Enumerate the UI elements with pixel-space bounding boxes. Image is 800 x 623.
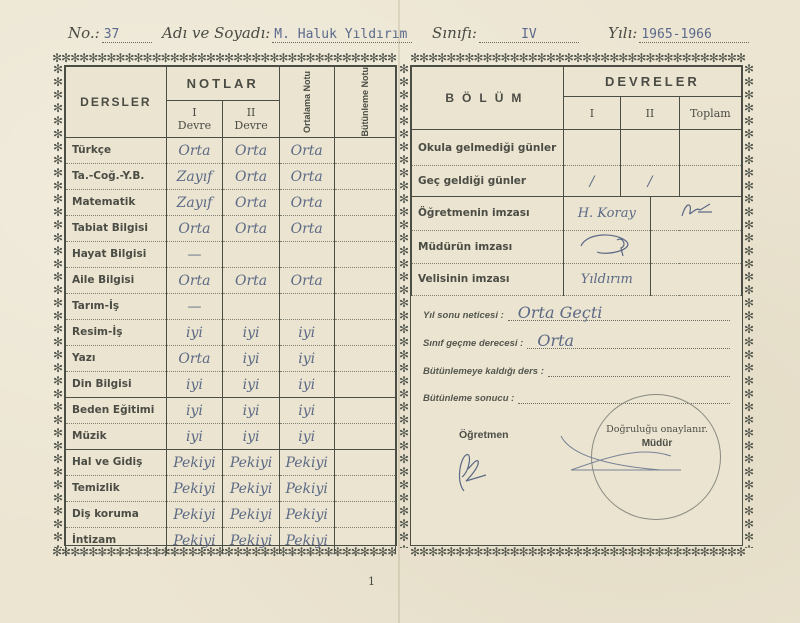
term2-grade: iyi xyxy=(223,371,280,397)
year-result-field: Yıl sonu neticesi : Orta Geçti xyxy=(423,309,730,321)
subject-name: Hayat Bilgisi xyxy=(66,241,167,267)
subject-name: Tabiat Bilgisi xyxy=(66,215,167,241)
col-header-subjects: DERSLER xyxy=(66,67,167,138)
subject-name: Hal ve Gidiş xyxy=(66,449,167,475)
principal-sign-t1 xyxy=(563,230,650,263)
term1-grade: Pekiyi xyxy=(166,449,223,475)
late-t1: / xyxy=(563,166,620,196)
term2-grade: iyi xyxy=(223,319,280,345)
grade-row: Tabiat BilgisiOrtaOrtaOrta xyxy=(66,215,396,241)
makeup-grade xyxy=(334,293,396,319)
makeup-grade xyxy=(334,345,396,371)
attendance-row-late: Geç geldiği günler / / xyxy=(412,166,742,196)
average-grade: iyi xyxy=(279,319,334,345)
grade-row: Hal ve GidişPekiyiPekiyiPekiyi xyxy=(66,449,396,475)
year-result-label: Yıl sonu neticesi : xyxy=(423,310,504,321)
col-header-term2: IIDevre xyxy=(223,100,280,137)
makeup-subject-label: Bütünlemeye kaldığı ders : xyxy=(423,366,544,377)
subject-name: Beden Eğitimi xyxy=(66,397,167,423)
grade-row: Resim-İşiyiiyiiyi xyxy=(66,319,396,345)
no-value: 37 xyxy=(102,27,152,43)
average-grade: Orta xyxy=(279,163,334,189)
term1-num: I xyxy=(167,106,223,119)
makeup-grade xyxy=(334,475,396,501)
grade-row: Tarım-İş— xyxy=(66,293,396,319)
teacher-sign-label: Öğretmenin imzası xyxy=(412,196,564,230)
teacher-signature-icon xyxy=(446,451,491,496)
subject-name: Din Bilgisi xyxy=(66,371,167,397)
grade-row: Diş korumaPekiyiPekiyiPekiyi xyxy=(66,501,396,527)
term1-grade: — xyxy=(166,241,223,267)
grade-row: Din Bilgisiiyiiyiiyi xyxy=(66,371,396,397)
makeup-grade xyxy=(334,397,396,423)
subject-name: İntizam xyxy=(66,527,167,553)
term1-grade: — xyxy=(166,293,223,319)
term1-grade: iyi xyxy=(166,319,223,345)
grade-row: YazıOrtaiyiiyi xyxy=(66,345,396,371)
principal-sign-t2 xyxy=(650,230,741,263)
average-header-text: Ortalama Notu xyxy=(302,71,312,133)
makeup-grade xyxy=(334,189,396,215)
name-field: Adı ve Soyadı:M. Haluk Yıldırım xyxy=(162,24,412,43)
col-header-terms: DEVRELER xyxy=(563,67,741,97)
makeup-header-text: Bütünleme Notu xyxy=(360,67,370,137)
makeup-grade xyxy=(334,527,396,553)
subject-name: Resim-İş xyxy=(66,319,167,345)
parent-sign-t2 xyxy=(650,263,741,295)
term1-grade: Orta xyxy=(166,215,223,241)
border-top-left: ✻✻✻✻✻✻✻✻✻✻✻✻✻✻✻✻✻✻✻✻✻✻✻✻✻✻✻✻✻✻✻✻✻✻✻✻✻✻ xyxy=(52,52,412,64)
subject-name: Tarım-İş xyxy=(66,293,167,319)
col-header-att-term1: I xyxy=(563,97,620,130)
term1-grade: Zayıf xyxy=(166,189,223,215)
average-grade: Pekiyi xyxy=(279,501,334,527)
makeup-result-label: Bütünleme sonucu : xyxy=(423,393,514,404)
average-grade: Pekiyi xyxy=(279,527,334,553)
pass-degree-label: Sınıf geçme derecesi : xyxy=(423,338,523,349)
parent-sign-label: Velisinin imzası xyxy=(412,263,564,295)
subject-name: Müzik xyxy=(66,423,167,449)
term1-grade: Orta xyxy=(166,267,223,293)
absent-t2 xyxy=(621,130,680,166)
col-header-average: Ortalama Notu xyxy=(279,67,334,138)
attendance-panel: BÖLÜM DEVRELER I II Toplam Okula gelmedi… xyxy=(410,65,743,546)
signature-row-teacher: Öğretmenin imzası H. Koray xyxy=(412,196,742,230)
grade-row: Aile BilgisiOrtaOrtaOrta xyxy=(66,267,396,293)
makeup-grade xyxy=(334,267,396,293)
term2-grade: iyi xyxy=(223,397,280,423)
no-label: No.: xyxy=(68,24,100,42)
term1-grade: Pekiyi xyxy=(166,501,223,527)
term2-grade xyxy=(223,293,280,319)
grade-row: MatematikZayıfOrtaOrta xyxy=(66,189,396,215)
signature-icon xyxy=(577,232,637,258)
average-grade: Orta xyxy=(279,189,334,215)
makeup-grade xyxy=(334,371,396,397)
subject-name: Matematik xyxy=(66,189,167,215)
term2-num: II xyxy=(223,106,279,119)
term2-grade: Orta xyxy=(223,267,280,293)
average-grade: iyi xyxy=(279,345,334,371)
signature-icon xyxy=(676,200,716,222)
late-label: Geç geldiği günler xyxy=(412,166,564,196)
term2-grade: Pekiyi xyxy=(223,527,280,553)
absent-t1 xyxy=(563,130,620,166)
border-left: ✻✻✻✻✻✻✻✻✻✻✻✻✻✻✻✻✻✻✻✻✻✻✻✻✻✻✻✻✻✻✻✻✻✻✻✻✻✻✻✻… xyxy=(52,62,64,548)
average-grade: Orta xyxy=(279,137,334,163)
teacher-label: Öğretmen xyxy=(459,429,509,441)
average-grade xyxy=(279,293,334,319)
term2-grade: Orta xyxy=(223,189,280,215)
class-value: IV xyxy=(479,27,579,43)
pass-degree-value: Orta xyxy=(537,331,574,350)
grade-row: Beden Eğitimiiyiiyiiyi xyxy=(66,397,396,423)
term1-grade: Orta xyxy=(166,137,223,163)
page-number: 1 xyxy=(368,575,375,588)
name-value: M. Haluk Yıldırım xyxy=(272,27,412,43)
absent-total xyxy=(679,130,741,166)
makeup-grade xyxy=(334,241,396,267)
makeup-grade xyxy=(334,215,396,241)
average-grade: Orta xyxy=(279,267,334,293)
makeup-subject-field: Bütünlemeye kaldığı ders : xyxy=(423,365,730,377)
grade-row: Ta.-Coğ.-Y.B.ZayıfOrtaOrta xyxy=(66,163,396,189)
border-top-right: ✻✻✻✻✻✻✻✻✻✻✻✻✻✻✻✻✻✻✻✻✻✻✻✻✻✻✻✻✻✻✻✻✻✻✻✻✻ xyxy=(410,52,755,64)
average-grade: Pekiyi xyxy=(279,475,334,501)
makeup-grade xyxy=(334,137,396,163)
name-label: Adı ve Soyadı: xyxy=(162,24,270,42)
term1-grade: iyi xyxy=(166,423,223,449)
grades-panel: DERSLER NOTLAR Ortalama Notu Bütünleme N… xyxy=(64,65,397,546)
col-header-total: Toplam xyxy=(679,97,741,130)
makeup-grade xyxy=(334,501,396,527)
grade-row: İntizamPekiyiPekiyiPekiyi xyxy=(66,527,396,553)
term2-grade: Pekiyi xyxy=(223,501,280,527)
makeup-grade xyxy=(334,423,396,449)
makeup-grade xyxy=(334,163,396,189)
subject-name: Diş koruma xyxy=(66,501,167,527)
attendance-table: BÖLÜM DEVRELER I II Toplam Okula gelmedi… xyxy=(411,66,742,296)
term2-grade: Orta xyxy=(223,137,280,163)
term2-grade: iyi xyxy=(223,345,280,371)
col-header-att-term2: II xyxy=(621,97,680,130)
term1-grade: iyi xyxy=(166,397,223,423)
makeup-grade xyxy=(334,319,396,345)
term1-grade: Pekiyi xyxy=(166,475,223,501)
principal-signature-icon xyxy=(551,426,701,481)
class-label: Sınıfı: xyxy=(432,24,477,42)
year-value: 1965-1966 xyxy=(639,27,749,43)
term1-grade: Orta xyxy=(166,345,223,371)
term1-label: Devre xyxy=(167,119,223,132)
makeup-grade xyxy=(334,449,396,475)
no-field: No.:37 xyxy=(68,24,152,43)
term1-grade: Zayıf xyxy=(166,163,223,189)
signature-row-principal: Müdürün imzası xyxy=(412,230,742,263)
border-center: ✻✻✻✻✻✻✻✻✻✻✻✻✻✻✻✻✻✻✻✻✻✻✻✻✻✻✻✻✻✻✻✻✻✻✻✻✻✻✻✻… xyxy=(398,62,410,548)
absent-label: Okula gelmediği günler xyxy=(412,130,564,166)
term1-grade: Pekiyi xyxy=(166,527,223,553)
attendance-row-absent: Okula gelmediği günler xyxy=(412,130,742,166)
late-t2: / xyxy=(621,166,680,196)
subject-name: Temizlik xyxy=(66,475,167,501)
subject-name: Aile Bilgisi xyxy=(66,267,167,293)
term2-grade: Pekiyi xyxy=(223,475,280,501)
subject-name: Yazı xyxy=(66,345,167,371)
pass-degree-field: Sınıf geçme derecesi : Orta xyxy=(423,337,730,349)
average-grade: Pekiyi xyxy=(279,449,334,475)
principal-sign-label: Müdürün imzası xyxy=(412,230,564,263)
average-grade xyxy=(279,241,334,267)
term2-grade: iyi xyxy=(223,423,280,449)
term2-label: Devre xyxy=(223,119,279,132)
term2-grade: Orta xyxy=(223,163,280,189)
term2-grade xyxy=(223,241,280,267)
border-right: ✻✻✻✻✻✻✻✻✻✻✻✻✻✻✻✻✻✻✻✻✻✻✻✻✻✻✻✻✻✻✻✻✻✻✻✻✻✻✻✻… xyxy=(743,62,755,548)
average-grade: iyi xyxy=(279,371,334,397)
teacher-sign-t1: H. Koray xyxy=(563,196,650,230)
year-label: Yılı: xyxy=(608,24,637,42)
grade-row: TemizlikPekiyiPekiyiPekiyi xyxy=(66,475,396,501)
average-grade: iyi xyxy=(279,423,334,449)
term2-grade: Orta xyxy=(223,215,280,241)
grade-row: Müzikiyiiyiiyi xyxy=(66,423,396,449)
report-header: No.:37 Adı ve Soyadı:M. Haluk Yıldırım S… xyxy=(68,20,758,46)
class-field: Sınıfı:IV xyxy=(432,24,579,43)
average-grade: iyi xyxy=(279,397,334,423)
col-header-notes: NOTLAR xyxy=(166,67,279,101)
late-total xyxy=(679,166,741,196)
term1-grade: iyi xyxy=(166,371,223,397)
border-bottom-right: ✻✻✻✻✻✻✻✻✻✻✻✻✻✻✻✻✻✻✻✻✻✻✻✻✻✻✻✻✻✻✻✻✻✻✻✻✻ xyxy=(410,546,755,558)
term2-grade: Pekiyi xyxy=(223,449,280,475)
grade-row: Hayat Bilgisi— xyxy=(66,241,396,267)
col-header-section: BÖLÜM xyxy=(412,67,564,130)
year-result-value: Orta Geçti xyxy=(518,303,603,322)
grade-row: TürkçeOrtaOrtaOrta xyxy=(66,137,396,163)
grades-table: DERSLER NOTLAR Ortalama Notu Bütünleme N… xyxy=(65,66,396,554)
col-header-term1: IDevre xyxy=(166,100,223,137)
subject-name: Ta.-Coğ.-Y.B. xyxy=(66,163,167,189)
col-header-makeup: Bütünleme Notu xyxy=(334,67,396,138)
average-grade: Orta xyxy=(279,215,334,241)
parent-sign-t1: Yıldırım xyxy=(563,263,650,295)
teacher-sign-t2 xyxy=(650,196,741,230)
year-field: Yılı:1965-1966 xyxy=(608,24,749,43)
signature-row-parent: Velisinin imzası Yıldırım xyxy=(412,263,742,295)
subject-name: Türkçe xyxy=(66,137,167,163)
